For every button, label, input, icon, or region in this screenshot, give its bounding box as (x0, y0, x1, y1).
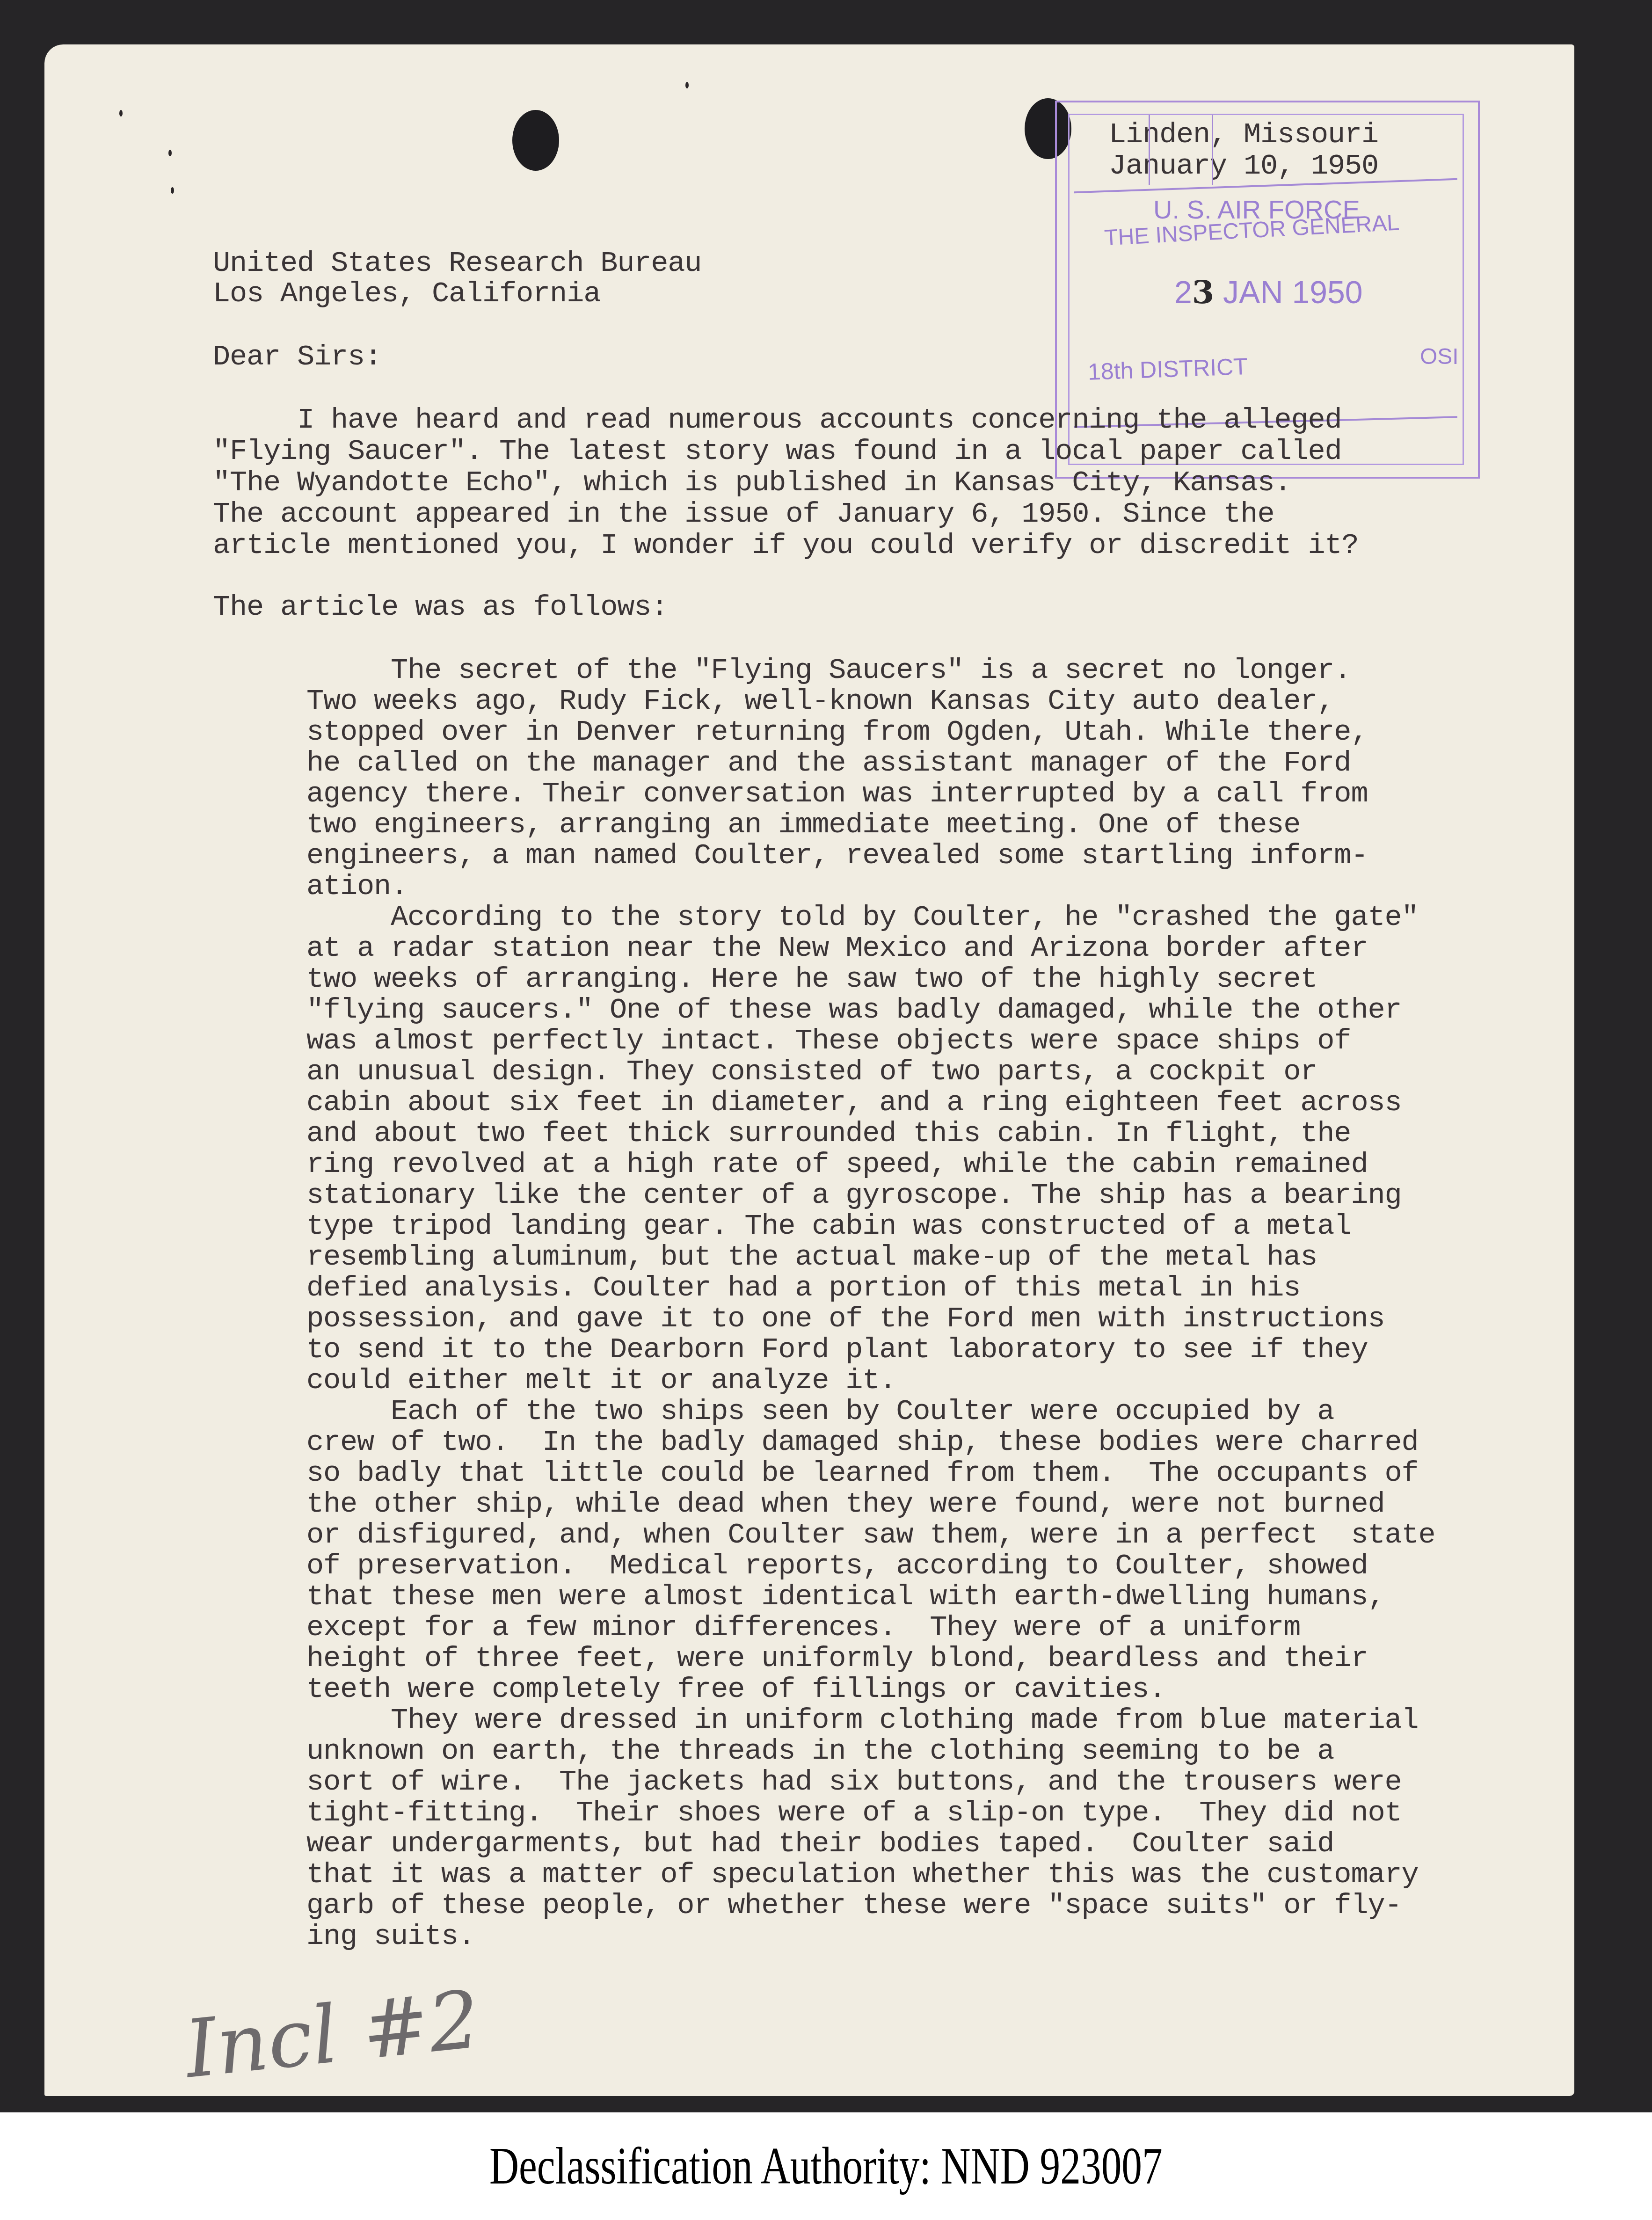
article-line: wear undergarments, but had their bodies… (306, 1828, 1334, 1859)
article-line: he called on the manager and the assista… (306, 748, 1351, 779)
article-line: The secret of the "Flying Saucers" is a … (306, 655, 1351, 686)
article-line: or disfigured, and, when Coulter saw the… (306, 1520, 1435, 1550)
paper-speck (119, 110, 123, 116)
paper-speck (168, 150, 172, 156)
article-line: two weeks of arranging. Here he saw two … (306, 964, 1317, 995)
article-line: ation. (306, 871, 408, 902)
article-line: resembling aluminum, but the actual make… (306, 1242, 1317, 1273)
article-line: defied analysis. Coulter had a portion o… (306, 1273, 1300, 1303)
article-line: at a radar station near the New Mexico a… (306, 933, 1368, 964)
punch-hole-left (512, 110, 559, 171)
article-line: height of three feet, were uniformly blo… (306, 1643, 1368, 1674)
article-line: could either melt it or analyze it. (306, 1365, 896, 1396)
article-line: type tripod landing gear. The cabin was … (306, 1211, 1351, 1242)
stamp-divider (1149, 115, 1150, 185)
article-line: unknown on earth, the threads in the clo… (306, 1736, 1334, 1767)
article-line: Two weeks ago, Rudy Fick, well-known Kan… (306, 686, 1334, 717)
article-line: to send it to the Dearborn Ford plant la… (306, 1334, 1368, 1365)
paper-speck (685, 82, 689, 88)
article-line: agency there. Their conversation was int… (306, 779, 1368, 809)
article-line: that it was a matter of speculation whet… (306, 1859, 1418, 1890)
intro-line: I have heard and read numerous accounts … (213, 405, 1341, 436)
article-lead-in: The article was as follows: (213, 592, 668, 623)
article-line: teeth were completely free of fillings o… (306, 1674, 1165, 1705)
salutation: Dear Sirs: (213, 342, 381, 372)
article-line: two engineers, arranging an immediate me… (306, 809, 1300, 840)
intro-line: article mentioned you, I wonder if you c… (213, 530, 1358, 561)
article-line: engineers, a man named Coulter, revealed… (306, 840, 1368, 871)
article-line: tight-fitting. Their shoes were of a sli… (306, 1798, 1401, 1828)
article-line: except for a few minor differences. They… (306, 1612, 1300, 1643)
article-line: They were dressed in uniform clothing ma… (306, 1705, 1418, 1736)
article-line: of preservation. Medical reports, accord… (306, 1550, 1368, 1581)
article-line: ing suits. (306, 1921, 475, 1952)
stamp-date-day: 2 (1174, 275, 1192, 310)
article-line: sort of wire. The jackets had six button… (306, 1767, 1401, 1798)
article-line: cabin about six feet in diameter, and a … (306, 1087, 1401, 1118)
recipient-line: United States Research Bureau (213, 248, 701, 279)
stamp-district: 18th DISTRICT (1087, 353, 1248, 386)
intro-line: "The Wyandotte Echo", which is published… (213, 467, 1291, 498)
article-line: stationary like the center of a gyroscop… (306, 1180, 1401, 1211)
declassification-footer: Declassification Authority: NND 923007 (0, 2112, 1652, 2220)
paper-speck (171, 187, 174, 194)
stamp-divider (1212, 115, 1213, 185)
stamp-date-day-handwritten: 3 (1192, 274, 1214, 311)
article-line: and about two feet thick surrounded this… (306, 1118, 1351, 1149)
intro-line: "Flying Saucer". The latest story was fo… (213, 436, 1341, 467)
article-line: Each of the two ships seen by Coulter we… (306, 1396, 1334, 1427)
article-line: According to the story told by Coulter, … (306, 902, 1418, 933)
article-line: possession, and gave it to one of the Fo… (306, 1303, 1384, 1334)
recipient-line: Los Angeles, California (213, 278, 600, 309)
scan-background: Linden, Missouri January 10, 1950 U. S. … (0, 0, 1652, 2112)
article-line: the other ship, while dead when they wer… (306, 1489, 1384, 1520)
article-line: ring revolved at a high rate of speed, w… (306, 1149, 1368, 1180)
declassification-authority: Declassification Authority: NND 923007 (489, 2136, 1163, 2197)
stamp-osi: OSI (1420, 344, 1459, 370)
article-line: stopped over in Denver returning from Og… (306, 717, 1368, 748)
article-line: was almost perfectly intact. These objec… (306, 1026, 1351, 1056)
article-line: an unusual design. They consisted of two… (306, 1056, 1317, 1087)
article-line: crew of two. In the badly damaged ship, … (306, 1427, 1418, 1458)
stamp-date-month-year: JAN 1950 (1223, 275, 1363, 310)
article-line: garb of these people, or whether these w… (306, 1890, 1401, 1921)
stamp-date: 23 JAN 1950 (1174, 274, 1363, 311)
intro-line: The account appeared in the issue of Jan… (213, 499, 1274, 530)
article-line: that these men were almost identical wit… (306, 1581, 1384, 1612)
article-line: "flying saucers." One of these was badly… (306, 995, 1401, 1026)
article-line: so badly that little could be learned fr… (306, 1458, 1418, 1489)
